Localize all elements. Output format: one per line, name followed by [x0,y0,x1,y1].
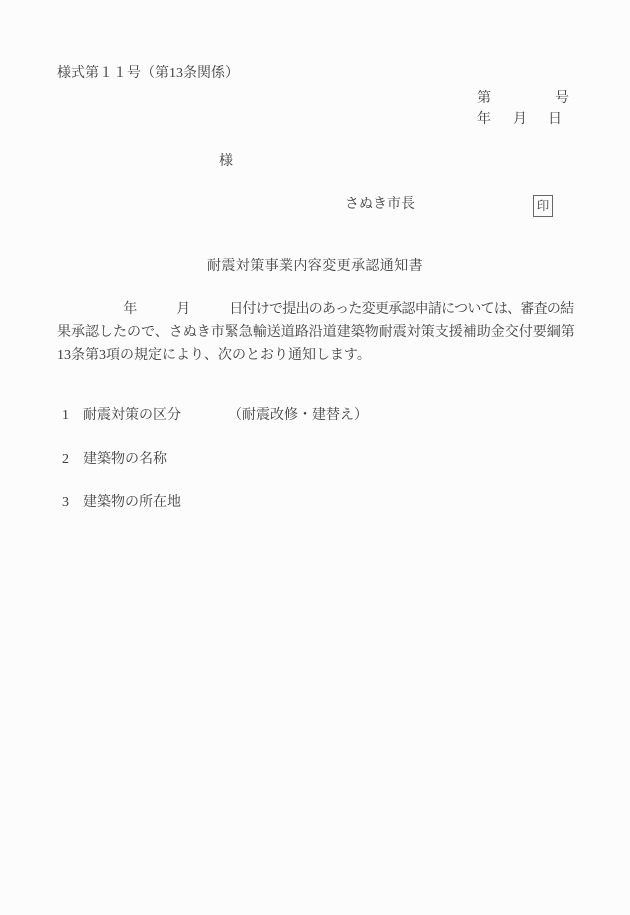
list-item-number: 2 [62,452,69,469]
sender-name: さぬき市長 [345,197,415,214]
body-paragraph-line-3: 13条第3項の規定により、次のとおり通知します。 [57,348,371,365]
body-paragraph-line-1: 年 月 日付けで提出のあった変更承認申請については、審査の結 [57,302,573,319]
doc-number-suffix: 号 [555,91,569,108]
list-item-value: （耐震改修・建替え） [228,408,368,425]
doc-number-prefix: 第 [477,91,491,108]
list-item-number: 3 [62,495,69,512]
body-paragraph-line-2: 果承認したので、さぬき市緊急輸送道路沿道建築物耐震対策支援補助金交付要綱第 [57,325,575,342]
list-item-label: 耐震対策の区分 [83,408,181,425]
addressee-honorific: 様 [219,154,233,171]
list-item-number: 1 [62,408,69,425]
date-month-label: 月 [513,112,527,129]
document-page: 様式第１１号（第13条関係） 第 号 年 月 日 様 さぬき市長 印 耐震対策事… [0,0,630,915]
seal-label: 印 [537,199,550,214]
seal-box: 印 [533,195,553,217]
document-title: 耐震対策事業内容変更承認通知書 [0,259,630,276]
form-number: 様式第１１号（第13条関係） [57,66,239,83]
date-year-label: 年 [477,112,491,129]
list-item-label: 建築物の所在地 [83,495,181,512]
date-day-label: 日 [548,112,562,129]
list-item-label: 建築物の名称 [83,452,167,469]
